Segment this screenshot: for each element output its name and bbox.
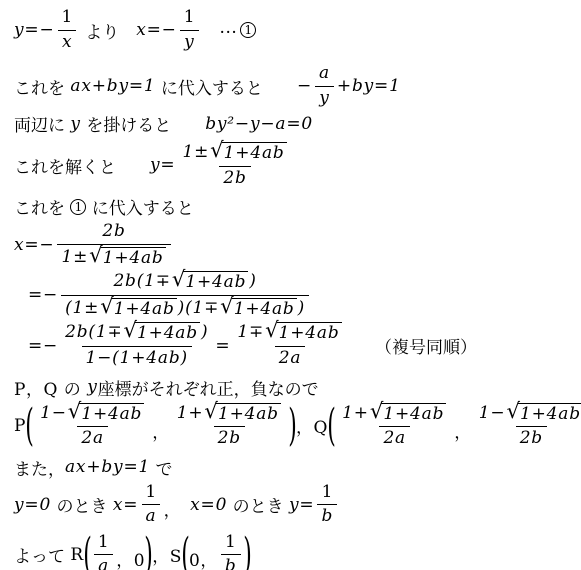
math-text: x=0 — [190, 495, 227, 515]
denominator: b — [317, 504, 337, 527]
denominator: 2a — [275, 346, 306, 369]
jp-text: これを解くと — [14, 153, 150, 178]
right-paren: ) — [144, 534, 153, 570]
radical-icon: √ — [204, 401, 218, 422]
line-points-r-s: よって R ( 1 a ，0 ) ，S ( 0， 1 b ) — [14, 533, 577, 570]
radicand: 1+4ab — [135, 322, 200, 344]
sqrt: √ 1+4ab — [370, 403, 446, 425]
radicand: 1+4ab — [183, 271, 248, 293]
radicand: 1+4ab — [216, 403, 281, 425]
zero-comma: 0， — [189, 546, 218, 570]
radicand: 1+4ab — [518, 403, 581, 425]
comma: ， — [454, 418, 472, 449]
math-text: y — [70, 114, 80, 134]
radical-icon: √ — [68, 401, 82, 422]
radicand: 1+4ab — [112, 298, 177, 320]
circled-one-icon: 1 — [240, 22, 256, 38]
fraction: 2b(1∓ √ 1+4ab ) 1−(1+4ab) — [61, 322, 212, 368]
sqrt: √ 1+4ab — [89, 247, 165, 269]
numerator: 1 — [180, 8, 199, 30]
fraction: 1 x — [58, 8, 77, 52]
fraction: 1 b — [317, 483, 337, 527]
fraction: 1 a — [94, 533, 113, 570]
fraction: 1 a — [141, 483, 160, 527]
line-multiply-both-sides: 両辺に y を掛けると by²−y−a=0 — [14, 111, 577, 136]
point-q-label: ，Q — [296, 413, 328, 438]
radical-icon: √ — [172, 269, 186, 290]
note-corresponding-signs: （複号同順） — [350, 333, 478, 358]
numerator: 1+ √ 1+4ab — [338, 403, 451, 427]
jp-text: より — [80, 18, 136, 43]
jp-text: のとき — [227, 492, 289, 517]
math-text: y=− — [14, 20, 55, 40]
sqrt: √ 1+4ab — [210, 142, 286, 164]
math-text: 1+ — [177, 404, 204, 424]
numerator: 1± √ 1+4ab — [178, 142, 291, 166]
math-solution-page: y=− 1 x より x=− 1 y ··· 1 これを ax+by=1 に代入… — [0, 0, 581, 570]
left-paren: ( — [83, 534, 92, 570]
math-text: =− — [28, 336, 58, 356]
math-text: y= — [150, 155, 175, 175]
numerator: 1− √ 1+4ab — [475, 403, 581, 427]
circled-one-icon: 1 — [70, 199, 86, 215]
math-text: ax+by=1 — [65, 457, 150, 477]
denominator: a — [142, 504, 161, 527]
radical-icon: √ — [265, 320, 279, 341]
fraction: a y — [315, 64, 334, 108]
radicand: 1+4ab — [232, 298, 297, 320]
math-text: ) — [201, 323, 208, 343]
numerator: 1 — [221, 533, 240, 555]
math-text: =− — [28, 285, 58, 305]
fraction: 1 b — [221, 533, 241, 570]
numerator: 1+ √ 1+4ab — [173, 403, 286, 427]
numerator: 1 — [318, 483, 337, 505]
numerator: 1 — [141, 483, 160, 505]
math-text: ax+by=1 — [70, 76, 155, 96]
line-simplified-result: =− 2b(1∓ √ 1+4ab ) 1−(1+4ab) = 1∓ √ 1+4a… — [28, 322, 577, 368]
math-text: x=− — [14, 235, 54, 255]
radical-icon: √ — [210, 140, 224, 161]
numerator: 1∓ √ 1+4ab — [233, 322, 346, 346]
numerator: 1 — [58, 8, 77, 30]
fraction: 1 y — [180, 8, 199, 52]
numerator: 2b — [98, 222, 129, 244]
fraction: 1+ √ 1+4ab 2b — [173, 403, 286, 449]
jp-text: また， — [14, 455, 65, 480]
numerator: 1− √ 1+4ab — [36, 403, 149, 427]
math-text: y= — [289, 495, 314, 515]
jp-text: で — [150, 455, 172, 480]
sqrt: √ 1+4ab — [220, 298, 296, 320]
line-points-p-q: P ( 1− √ 1+4ab 2a ， 1+ √ 1+4ab 2b ) — [14, 403, 577, 449]
math-text: y — [87, 377, 97, 397]
sqrt: √ 1+4ab — [100, 298, 176, 320]
denominator: 2b — [219, 166, 250, 189]
fraction: 2b 1± √ 1+4ab — [57, 222, 170, 268]
point-s-label: ，S — [152, 542, 182, 567]
comma-zero: ，0 — [116, 546, 145, 570]
jp-text: これを — [14, 194, 70, 219]
math-text: x= — [113, 495, 138, 515]
comma: ， — [152, 418, 170, 449]
denominator: 2a — [379, 426, 410, 449]
jp-text: に代入すると — [156, 74, 297, 99]
line-substitute-into-1: これを 1 に代入すると — [14, 194, 577, 219]
line-substitution: これを ax+by=1 に代入すると − a y +by=1 — [14, 64, 577, 108]
jp-text: を掛けると — [81, 111, 205, 136]
math-text: +by=1 — [337, 76, 401, 96]
denominator: x — [58, 30, 76, 53]
jp-text: よって — [14, 542, 70, 567]
sqrt: √ 1+4ab — [172, 271, 248, 293]
point-r-label: R — [70, 545, 83, 565]
jp-text: これを — [14, 74, 70, 99]
fraction: 2b(1∓ √ 1+4ab ) (1± √ 1+4ab )(1∓ √ 1+4ab — [61, 271, 309, 319]
denominator: 2a — [77, 426, 108, 449]
fraction: 1− √ 1+4ab 2b — [475, 403, 581, 449]
denominator: 2b — [214, 426, 245, 449]
math-text: 2b(1∓ — [113, 272, 170, 292]
right-paren: ) — [243, 534, 252, 570]
denominator: a — [94, 554, 113, 570]
left-paren: ( — [181, 534, 190, 570]
sqrt: √ 1+4ab — [506, 403, 581, 425]
left-paren: ( — [327, 405, 336, 447]
radical-icon: √ — [89, 245, 103, 266]
radical-icon: √ — [220, 296, 234, 317]
denominator: 2b — [516, 426, 547, 449]
fraction: 1± √ 1+4ab 2b — [178, 142, 291, 188]
denominator: 1± √ 1+4ab — [57, 244, 170, 269]
math-text: 1+ — [342, 404, 369, 424]
math-text: 2b(1∓ — [65, 323, 122, 343]
denominator: 1−(1+4ab) — [82, 346, 192, 369]
math-text: ) — [249, 272, 256, 292]
sqrt: √ 1+4ab — [265, 322, 341, 344]
math-text: 1− — [40, 404, 67, 424]
jp-text: のとき — [51, 492, 113, 517]
sqrt: √ 1+4ab — [68, 403, 144, 425]
right-paren: ) — [288, 405, 297, 447]
line-solve-quadratic: これを解くと y= 1± √ 1+4ab 2b — [14, 142, 577, 188]
denominator: (1± √ 1+4ab )(1∓ √ 1+4ab ) — [61, 295, 309, 320]
math-text: 1∓ — [237, 323, 264, 343]
fraction: 1∓ √ 1+4ab 2a — [233, 322, 346, 368]
radical-icon: √ — [506, 401, 520, 422]
denominator: y — [315, 86, 333, 109]
left-paren: ( — [25, 405, 34, 447]
sqrt: √ 1+4ab — [123, 322, 199, 344]
math-text: 1± — [182, 143, 209, 163]
radicand: 1+4ab — [381, 403, 446, 425]
radicand: 1+4ab — [277, 322, 342, 344]
math-text: x=− — [136, 20, 176, 40]
fraction: 1− √ 1+4ab 2a — [36, 403, 149, 449]
math-text: − — [297, 76, 312, 96]
jp-text: に代入すると — [86, 194, 193, 219]
radicand: 1+4ab — [101, 247, 166, 269]
point-p-label: P — [14, 416, 26, 436]
line-intercepts-intro: また， ax+by=1 で — [14, 455, 577, 480]
line-given-equation: y=− 1 x より x=− 1 y ··· 1 — [14, 8, 577, 52]
line-rationalize: =− 2b(1∓ √ 1+4ab ) (1± √ 1+4ab )(1∓ √ — [28, 271, 577, 319]
denominator: b — [221, 554, 241, 570]
fraction: 1+ √ 1+4ab 2a — [338, 403, 451, 449]
sqrt: √ 1+4ab — [204, 403, 280, 425]
math-text: (1± — [65, 299, 99, 319]
comma: ， — [164, 496, 191, 527]
line-x-expression: x=− 2b 1± √ 1+4ab — [14, 222, 577, 268]
jp-text: P，Q の — [14, 375, 87, 400]
radical-icon: √ — [123, 320, 137, 341]
radical-icon: √ — [370, 401, 384, 422]
numerator: 2b(1∓ √ 1+4ab ) — [61, 322, 212, 346]
jp-text: 両辺に — [14, 111, 70, 136]
line-pq-coordinates-note: P，Q の y 座標がそれぞれ正，負なので — [14, 375, 577, 400]
math-text: = — [215, 336, 230, 356]
line-intercept-values: y=0 のとき x= 1 a ， x=0 のとき y= 1 b — [14, 483, 577, 527]
math-text: y=0 — [14, 495, 51, 515]
jp-text: 座標がそれぞれ正，負なので — [98, 375, 319, 400]
denominator: y — [180, 30, 198, 53]
numerator: 1 — [94, 533, 113, 555]
dots-text: ··· — [202, 18, 237, 43]
math-text: 1− — [479, 404, 506, 424]
math-text: by²−y−a=0 — [205, 114, 313, 134]
radical-icon: √ — [100, 296, 114, 317]
math-text: ) — [298, 299, 305, 319]
radicand: 1+4ab — [222, 142, 287, 164]
radicand: 1+4ab — [79, 403, 144, 425]
numerator: 2b(1∓ √ 1+4ab ) — [109, 271, 260, 295]
math-text: 1± — [61, 248, 88, 268]
math-text: )(1∓ — [178, 299, 220, 319]
numerator: a — [315, 64, 334, 86]
